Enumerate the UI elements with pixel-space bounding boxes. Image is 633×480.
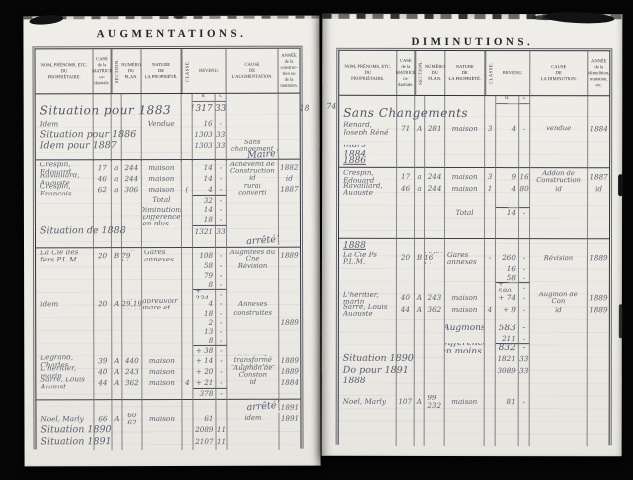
cell-spacer xyxy=(122,94,142,102)
cell-cause: id xyxy=(227,173,279,184)
cell-sec xyxy=(415,273,425,282)
ledger-row: + 234- xyxy=(36,289,300,300)
cell-cause: vendue xyxy=(530,122,588,135)
cell-nom: 1886 xyxy=(339,156,397,167)
cell-cl: ( xyxy=(182,184,193,195)
cell-cl xyxy=(485,316,496,324)
ledger-row: Sarré, Louis August44A362maison4+ 21-id1… xyxy=(36,377,300,389)
cell-cause xyxy=(227,129,279,140)
cell-nom xyxy=(36,309,94,318)
cell-plan xyxy=(122,289,142,299)
cell-nat: maison xyxy=(445,170,485,183)
cell-c: - xyxy=(519,343,530,353)
scan-stain xyxy=(173,15,183,19)
cell-nat xyxy=(445,195,485,207)
cell-fr: + 14 xyxy=(193,355,216,366)
cell-an xyxy=(279,205,300,215)
cell-fr: 1821 xyxy=(496,353,519,365)
cell-cause xyxy=(227,195,279,205)
cell-nat xyxy=(445,316,485,324)
cell-c xyxy=(217,447,228,450)
cell-cl: 3 xyxy=(485,170,496,183)
cell-case xyxy=(95,447,113,450)
cell-cl xyxy=(485,377,496,387)
cell-plan: 60 62 xyxy=(122,413,142,424)
cell-c: - xyxy=(216,345,227,355)
cell-c xyxy=(519,156,530,167)
cell-case xyxy=(94,402,112,413)
page-title: DIMINUTIONS. xyxy=(322,36,622,49)
cell-cl xyxy=(485,104,496,122)
ledger-row: Situation 1890208911 xyxy=(36,424,300,437)
cell-nom xyxy=(339,207,397,218)
cell-fr: + 580 xyxy=(496,282,519,292)
cell-fr xyxy=(496,218,519,238)
cell-an: 1889 xyxy=(588,252,609,264)
cell-case xyxy=(397,408,415,446)
cell-nom: Legrand, Charles xyxy=(36,355,94,366)
cell-an xyxy=(588,324,609,334)
cell-cause xyxy=(530,135,588,145)
cell-sec xyxy=(112,318,122,327)
cell-cause: Augmon de Conston xyxy=(227,366,279,377)
cell-c: - xyxy=(216,355,227,366)
cell-cause xyxy=(227,271,279,280)
cell-cl xyxy=(485,273,496,282)
cell-nom xyxy=(36,195,94,205)
cell-sec xyxy=(112,327,122,336)
cell-nom: Do pour 1891 xyxy=(339,365,397,377)
cell-nat xyxy=(142,309,182,318)
cell-cl xyxy=(485,241,496,252)
cell-cause: Bât neuf transformé en habitation xyxy=(227,355,279,366)
cell-nom xyxy=(36,289,94,299)
ledger-row: Ravaillard, Auguste46a244maison14-idid xyxy=(36,173,300,185)
cell-c: - xyxy=(216,261,227,271)
cell-nom: Situation 1890 xyxy=(36,424,94,436)
cell-an xyxy=(279,289,300,299)
ledger-row: 58-Révision xyxy=(36,261,300,272)
cell-nat: maison xyxy=(142,184,182,195)
cell-an xyxy=(588,408,609,446)
cell-cl xyxy=(182,225,193,237)
cell-fr xyxy=(496,316,519,324)
cell-case xyxy=(94,261,112,271)
cell-an xyxy=(280,447,301,450)
cell-c xyxy=(519,145,530,156)
cell-plan: 243 xyxy=(425,292,445,304)
cell-nat xyxy=(143,447,183,450)
cell-an: id xyxy=(279,173,300,184)
ledger-row: Situation 1890182133 xyxy=(339,353,609,365)
cell-cause xyxy=(530,343,588,353)
cell-fr: 18 xyxy=(193,309,216,318)
ledger-row: La Cie des fers P.L.M.20B79,97 79 bisGar… xyxy=(36,250,300,262)
cell-nom: idem xyxy=(36,299,94,309)
cell-cause xyxy=(227,424,279,436)
cell-plan: 362 xyxy=(122,377,142,388)
page-augmentations: AUGMENTATIONS. 18 NOM, PRÉNOMS, ETC. DU … xyxy=(23,16,320,467)
cell-an xyxy=(588,273,609,282)
cell-fr xyxy=(496,377,519,387)
cell-cl xyxy=(485,353,496,365)
cell-case xyxy=(94,195,112,205)
cell-plan xyxy=(122,345,142,355)
cell-plan xyxy=(425,353,445,365)
cell-nat xyxy=(445,264,485,273)
ledger-row: Total32- xyxy=(36,195,300,206)
cell-nat xyxy=(143,436,183,447)
cell-nom xyxy=(339,408,397,446)
cell-fr: + 9 xyxy=(496,304,519,316)
cell-case xyxy=(94,205,112,215)
cell-plan: 244 xyxy=(122,162,142,173)
cell-case xyxy=(397,218,415,238)
cell-fr: 1303 xyxy=(193,140,216,151)
cell-an xyxy=(588,343,609,353)
cell-nat: maison xyxy=(445,183,485,195)
ledger-row xyxy=(339,135,609,145)
cell-fr: 16 xyxy=(496,264,519,273)
cell-nat: Total xyxy=(445,207,485,218)
cell-an xyxy=(279,215,300,225)
cell-fr: 378 xyxy=(193,388,216,399)
cell-fr: 13 xyxy=(193,327,216,336)
cell-nom xyxy=(36,402,94,413)
cell-fr: 9 xyxy=(496,170,519,183)
cell-fr xyxy=(496,195,519,207)
cell-c: 33 xyxy=(216,140,227,151)
cell-nom xyxy=(37,447,95,450)
cell-c: - xyxy=(519,324,530,334)
cell-nom xyxy=(339,218,397,238)
cell-an xyxy=(279,327,300,336)
cell-sec xyxy=(112,388,122,399)
cell-fr xyxy=(496,387,519,395)
cell-case: 44 xyxy=(94,377,112,388)
cell-nat xyxy=(445,135,485,145)
ledger-row: Noel, Marly107A99 232maison81- xyxy=(339,395,609,408)
cell-plan xyxy=(425,282,445,292)
ledger-row: 378- xyxy=(36,388,300,400)
cell-nat xyxy=(142,129,182,140)
cell-cl xyxy=(182,355,193,366)
cell-plan xyxy=(425,135,445,145)
cell-nat xyxy=(445,156,485,167)
cell-plan xyxy=(122,388,142,399)
cell-cause xyxy=(227,345,279,355)
cell-sec xyxy=(112,424,122,436)
cell-nat: Vendue xyxy=(142,118,182,129)
cell-nom: Noel, Marly xyxy=(36,413,94,424)
ledger-row: Sarré, Louis Auguste44A362maison4+ 9-id1… xyxy=(339,304,609,316)
cell-cause xyxy=(530,282,588,292)
ledger-row: 1888 xyxy=(339,241,609,252)
cell-an xyxy=(279,271,300,280)
header-cell-annee: ANNÉE de la démolition, mutation, etc. xyxy=(588,51,609,95)
ledger-row: IdemVendue16- xyxy=(36,118,300,130)
header-cell-nom: NOM, PRÉNOMS, ETC. DU PROPRIÉTAIRE. xyxy=(339,51,397,95)
header-cell-plan: NUMÉRO DU PLAN. xyxy=(425,51,445,95)
cell-case xyxy=(94,309,112,318)
ledger-row: Noel, Marly66A60 62maison61idem1891 xyxy=(36,413,300,425)
cell-sec xyxy=(112,345,122,355)
ledger-row: Crespin, Edouard17a244maison3916Addon de… xyxy=(339,170,609,183)
cell-c: 33 xyxy=(519,353,530,365)
cell-sec xyxy=(415,387,425,395)
cell-case xyxy=(397,264,415,273)
cell-plan xyxy=(122,280,142,289)
cell-case xyxy=(397,343,415,353)
cell-nat xyxy=(445,273,485,282)
cell-nom: Renard, Joseph Réné xyxy=(339,122,397,135)
cell-plan xyxy=(425,365,445,377)
cell-case: 17 xyxy=(397,170,415,183)
cell-an: id xyxy=(588,183,609,195)
ledger-row: Différence en plus18- xyxy=(36,215,300,226)
cell-fr xyxy=(193,237,216,247)
cell-case xyxy=(397,145,415,156)
cell-fr: 79 xyxy=(193,271,216,280)
ledger-row: 1886 xyxy=(339,156,609,167)
ledger-row: 211- xyxy=(339,334,609,343)
cell-an xyxy=(279,261,300,271)
cell-nom: La Cie Ps P.L.M. xyxy=(339,252,397,264)
cell-cause: construites xyxy=(227,309,279,318)
cell-plan xyxy=(425,273,445,282)
cell-nat: maison xyxy=(445,395,485,408)
cell-nom xyxy=(339,135,397,145)
cell-c: - xyxy=(216,271,227,280)
cell-cl xyxy=(485,156,496,167)
cell-nat xyxy=(142,271,182,280)
cell-fr: 18 xyxy=(193,215,216,225)
cell-fr: 8 xyxy=(193,336,216,345)
cell-sec xyxy=(415,241,425,252)
cell-an xyxy=(279,140,300,151)
cell-fr: + 234 xyxy=(193,289,216,299)
ledger-row: mars 1884. xyxy=(339,145,609,156)
francs-label: fr. xyxy=(496,96,519,104)
cell-cause: id xyxy=(227,377,279,388)
cell-fr: 16 xyxy=(193,118,216,129)
cell-sec: A xyxy=(112,377,122,388)
cell-case xyxy=(94,318,112,327)
cell-an: 1889 xyxy=(588,304,609,316)
cell-nat: Gares annexes xyxy=(142,250,182,261)
cell-nom xyxy=(36,271,94,280)
cell-sec xyxy=(113,436,123,447)
header-cell-annee: ANNÉE de la construc- tion ou de la muta… xyxy=(278,49,299,93)
ledger-row: arrêté xyxy=(36,237,300,248)
scan-stain xyxy=(619,304,623,338)
cell-fr: 2 xyxy=(193,318,216,327)
cell-nat xyxy=(445,218,485,238)
cell-fr: 260 xyxy=(496,252,519,264)
cell-case: 20 xyxy=(94,250,112,261)
page-top-edge xyxy=(23,16,319,20)
cell-plan xyxy=(122,327,142,336)
cell-fr: 1321 xyxy=(193,225,216,237)
ledger-table: NOM, PRÉNOMS, ETC. DU PROPRIÉTAIRE. CASE… xyxy=(338,50,611,445)
cell-sec xyxy=(112,336,122,345)
cell-c: - xyxy=(519,395,530,408)
cell-an: 1889 xyxy=(588,292,609,304)
cell-nat: maison xyxy=(142,162,182,173)
cell-case xyxy=(94,289,112,299)
cell-fr: 211 xyxy=(496,334,519,343)
header-cell-case: CASE de la MATRICE ca- dastrale. xyxy=(397,51,415,95)
cell-c xyxy=(519,218,530,238)
cell-an xyxy=(588,377,609,387)
cell-an: 1891 xyxy=(279,413,300,424)
cell-sec xyxy=(112,402,122,413)
cell-c: 33 xyxy=(216,102,227,118)
cell-c: - xyxy=(519,273,530,282)
cell-sec: A xyxy=(112,366,122,377)
cell-nom: Sans Changements xyxy=(339,104,397,122)
cell-nom: Situation de 1888 xyxy=(36,225,94,237)
cell-case: 17 xyxy=(94,162,112,173)
cell-cause xyxy=(530,365,588,377)
cell-cl xyxy=(182,289,193,299)
cell-cl xyxy=(485,135,496,145)
cell-case: 40 xyxy=(94,366,112,377)
cell-plan xyxy=(425,218,445,238)
cell-sec xyxy=(415,195,425,207)
cell-plan xyxy=(425,334,445,343)
cell-case xyxy=(397,282,415,292)
cell-cause: Augmon de Con xyxy=(530,292,588,304)
cell-an: 1887 xyxy=(279,184,300,195)
cell-nom xyxy=(36,318,94,327)
cell-case xyxy=(94,271,112,280)
cell-case: 71 xyxy=(397,122,415,135)
header-cell-revenu: REVENU. xyxy=(496,51,530,95)
cell-plan xyxy=(425,195,445,207)
cell-an xyxy=(588,353,609,365)
cell-spacer xyxy=(530,96,588,104)
cell-c: - xyxy=(216,318,227,327)
ledger-row: idem20A19,19 29,19 12,13Calvaire, abreuv… xyxy=(36,299,300,310)
cell-cl xyxy=(485,408,496,446)
cell-fr: 61 xyxy=(193,413,216,424)
cell-an xyxy=(279,102,300,118)
cell-fr: 14 xyxy=(496,207,519,218)
ledger-row: Ravaillard, Auguste46a244maison1480idid xyxy=(339,183,609,195)
cell-case xyxy=(397,377,415,387)
cell-c: - xyxy=(519,207,530,218)
cell-cl xyxy=(182,299,193,309)
cell-spacer xyxy=(339,96,397,104)
cell-an xyxy=(279,129,300,140)
header-cell-classe: CLASSE. xyxy=(485,51,496,95)
cell-cl xyxy=(182,129,193,140)
cell-plan xyxy=(123,436,143,447)
cell-sec xyxy=(415,316,425,324)
cell-nat xyxy=(445,365,485,377)
cell-c: - xyxy=(519,282,530,292)
ledger-row: Total14- xyxy=(339,207,609,218)
cell-fr: 14 xyxy=(193,162,216,173)
cell-fr xyxy=(193,402,216,413)
cell-sec xyxy=(415,408,425,446)
cell-an xyxy=(588,135,609,145)
cell-nom: mars 1884. xyxy=(339,145,397,156)
cell-cause xyxy=(227,280,279,289)
cell-sec: A xyxy=(112,413,122,424)
cell-case: 46 xyxy=(397,183,415,195)
cell-fr xyxy=(496,156,519,167)
cell-cl xyxy=(182,366,193,377)
cell-nat xyxy=(445,145,485,156)
cell-spacer xyxy=(36,94,94,102)
cell-nom: Situation pour 1883 xyxy=(36,102,94,118)
cell-cause xyxy=(530,353,588,365)
cell-sec: a xyxy=(415,183,425,195)
cell-nom xyxy=(339,282,397,292)
page-title: AUGMENTATIONS. xyxy=(23,28,319,41)
cell-case xyxy=(397,324,415,334)
cell-spacer xyxy=(94,94,112,102)
cell-cl xyxy=(182,280,193,289)
cell-fr: 14 xyxy=(193,173,216,184)
cell-case: 39 xyxy=(94,355,112,366)
cell-an xyxy=(588,207,609,218)
header-cell-plan: NUMÉRO DU PLAN. xyxy=(121,49,141,93)
cell-sec: a xyxy=(112,184,122,195)
scan-stain xyxy=(618,174,623,196)
cell-nat: maison xyxy=(445,304,485,316)
cell-plan xyxy=(123,447,143,450)
ledger-row: 1888 xyxy=(339,377,609,387)
cell-sec: a xyxy=(112,173,122,184)
cell-nom xyxy=(36,345,94,355)
cell-cause xyxy=(530,156,588,167)
cell-an: 1889 xyxy=(279,318,300,327)
cell-case xyxy=(397,195,415,207)
cell-case: 40 xyxy=(397,292,415,304)
cell-sec xyxy=(112,205,122,215)
cell-plan: 440 xyxy=(122,355,142,366)
cell-sec: B xyxy=(112,250,122,261)
cell-spacer xyxy=(279,94,300,102)
header-cell-nature: NATURE DE LA PROPRIÉTÉ. xyxy=(445,51,485,95)
cell-cause: id xyxy=(530,304,588,316)
cell-cl xyxy=(485,282,496,292)
cell-cause xyxy=(530,273,588,282)
cell-cl xyxy=(485,334,496,343)
cell-nom xyxy=(339,334,397,343)
cell-c: 33 xyxy=(216,225,227,237)
cell-sec xyxy=(415,145,425,156)
cell-c: - xyxy=(216,309,227,318)
cell-plan xyxy=(425,145,445,156)
cell-cause xyxy=(530,195,588,207)
cell-nom: Sarré, Louis Auguste xyxy=(339,304,397,316)
cell-plan: 243 xyxy=(122,366,142,377)
cell-cause xyxy=(530,334,588,343)
page-diminutions: DIMINUTIONS. 74 NOM, PRÉNOMS, ETC. DU PR… xyxy=(322,14,623,457)
cell-cause xyxy=(227,215,279,225)
cell-cause xyxy=(228,447,280,450)
ledger-row xyxy=(339,408,609,446)
cell-fr: 14 xyxy=(193,205,216,215)
ledger-row: Augmons583- xyxy=(339,324,609,334)
cell-nat xyxy=(142,336,182,345)
cell-sec: a xyxy=(415,170,425,183)
cell-cause xyxy=(227,336,279,345)
